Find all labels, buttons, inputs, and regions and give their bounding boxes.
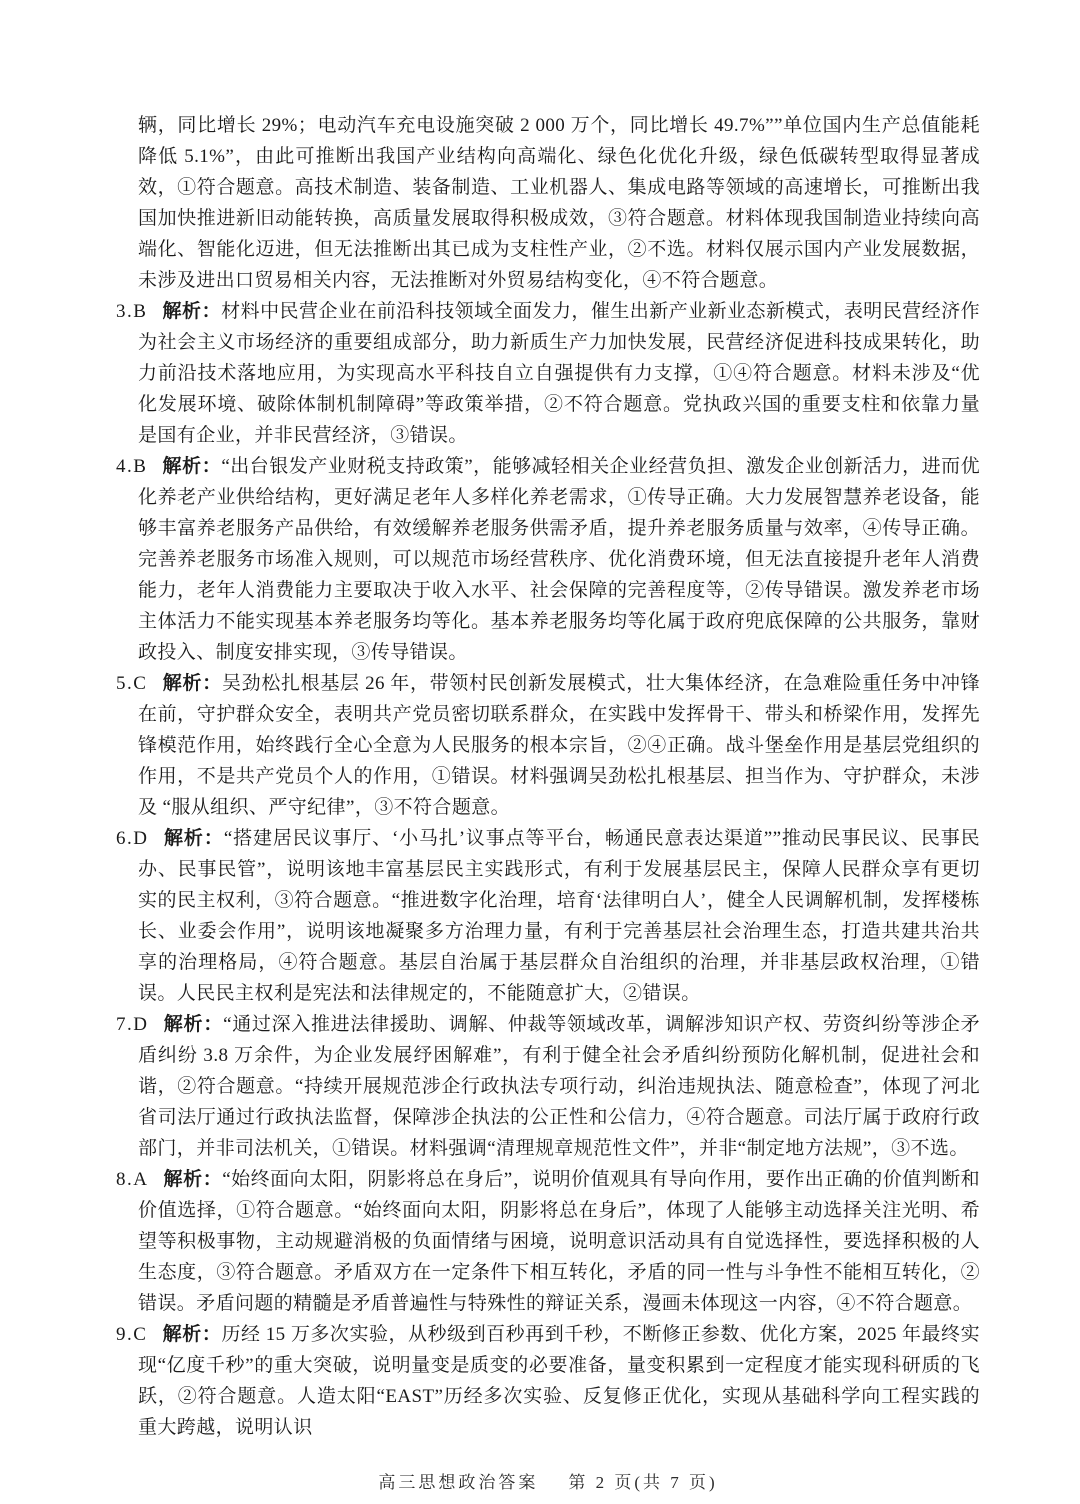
- analysis-label: 解析：: [163, 828, 223, 849]
- analysis-label: 解析：: [163, 1014, 223, 1035]
- analysis-text: “始终面向太阳，阴影将总在身后”，说明价值观具有导向作用，要作出正确的价值判断和…: [138, 1169, 980, 1314]
- footer-page-number: 第 2 页(共 7 页): [568, 1473, 717, 1492]
- item-number-answer: 6.D: [116, 828, 148, 849]
- answer-item-6: 6.D解析：“搭建居民议事厅、‘小马扎’议事点等平台，畅通民意表达渠道””推动民…: [116, 823, 980, 1009]
- item-number-answer: 4.B: [116, 456, 147, 477]
- analysis-label: 解析：: [162, 301, 221, 322]
- analysis-text: 历经 15 万多次实验，从秒级到百秒再到千秒，不断修正参数、优化方案，2025 …: [138, 1324, 980, 1438]
- item-number-answer: 7.D: [116, 1014, 148, 1035]
- answers-content: 辆，同比增长 29%；电动汽车充电设施突破 2 000 万个，同比增长 49.7…: [116, 110, 980, 1443]
- answer-item-3: 3.B解析：材料中民营企业在前沿科技领域全面发力，催生出新产业新业态新模式，表明…: [116, 296, 980, 451]
- analysis-label: 解析：: [162, 1324, 221, 1345]
- analysis-label: 解析：: [163, 1169, 222, 1190]
- answer-item-8: 8.A解析：“始终面向太阳，阴影将总在身后”，说明价值观具有导向作用，要作出正确…: [116, 1164, 980, 1319]
- document-page: 辆，同比增长 29%；电动汽车充电设施突破 2 000 万个，同比增长 49.7…: [0, 0, 1080, 1504]
- analysis-text: 吴劲松扎根基层 26 年，带领村民创新发展模式，壮大集体经济，在急难险重任务中冲…: [138, 673, 980, 818]
- answer-item-4: 4.B解析：“出台银发产业财税支持政策”，能够减轻相关企业经营负担、激发企业创新…: [116, 451, 980, 668]
- footer-doc-title: 高三思想政治答案: [378, 1473, 538, 1492]
- item-number-answer: 9.C: [116, 1324, 147, 1345]
- answer-continuation-paragraph: 辆，同比增长 29%；电动汽车充电设施突破 2 000 万个，同比增长 49.7…: [116, 110, 980, 296]
- analysis-label: 解析：: [162, 456, 221, 477]
- answer-item-7: 7.D解析：“通过深入推进法律援助、调解、仲裁等领域改革，调解涉知识产权、劳资纠…: [116, 1009, 980, 1164]
- analysis-text: 辆，同比增长 29%；电动汽车充电设施突破 2 000 万个，同比增长 49.7…: [138, 115, 980, 291]
- answer-item-5: 5.C解析：吴劲松扎根基层 26 年，带领村民创新发展模式，壮大集体经济，在急难…: [116, 668, 980, 823]
- item-number-answer: 8.A: [116, 1169, 148, 1190]
- analysis-text: 材料中民营企业在前沿科技领域全面发力，催生出新产业新业态新模式，表明民营经济作为…: [138, 301, 980, 446]
- analysis-text: “出台银发产业财税支持政策”，能够减轻相关企业经营负担、激发企业创新活力，进而优…: [138, 456, 980, 663]
- item-number-answer: 5.C: [116, 673, 147, 694]
- analysis-label: 解析：: [162, 673, 222, 694]
- item-number-answer: 3.B: [116, 301, 147, 322]
- analysis-text: “通过深入推进法律援助、调解、仲裁等领域改革，调解涉知识产权、劳资纠纷等涉企矛盾…: [138, 1014, 980, 1159]
- analysis-text: “搭建居民议事厅、‘小马扎’议事点等平台，畅通民意表达渠道””推动民事民议、民事…: [138, 828, 980, 1004]
- answer-item-9: 9.C解析：历经 15 万多次实验，从秒级到百秒再到千秒，不断修正参数、优化方案…: [116, 1319, 980, 1443]
- page-footer: 高三思想政治答案第 2 页(共 7 页): [116, 1468, 980, 1493]
